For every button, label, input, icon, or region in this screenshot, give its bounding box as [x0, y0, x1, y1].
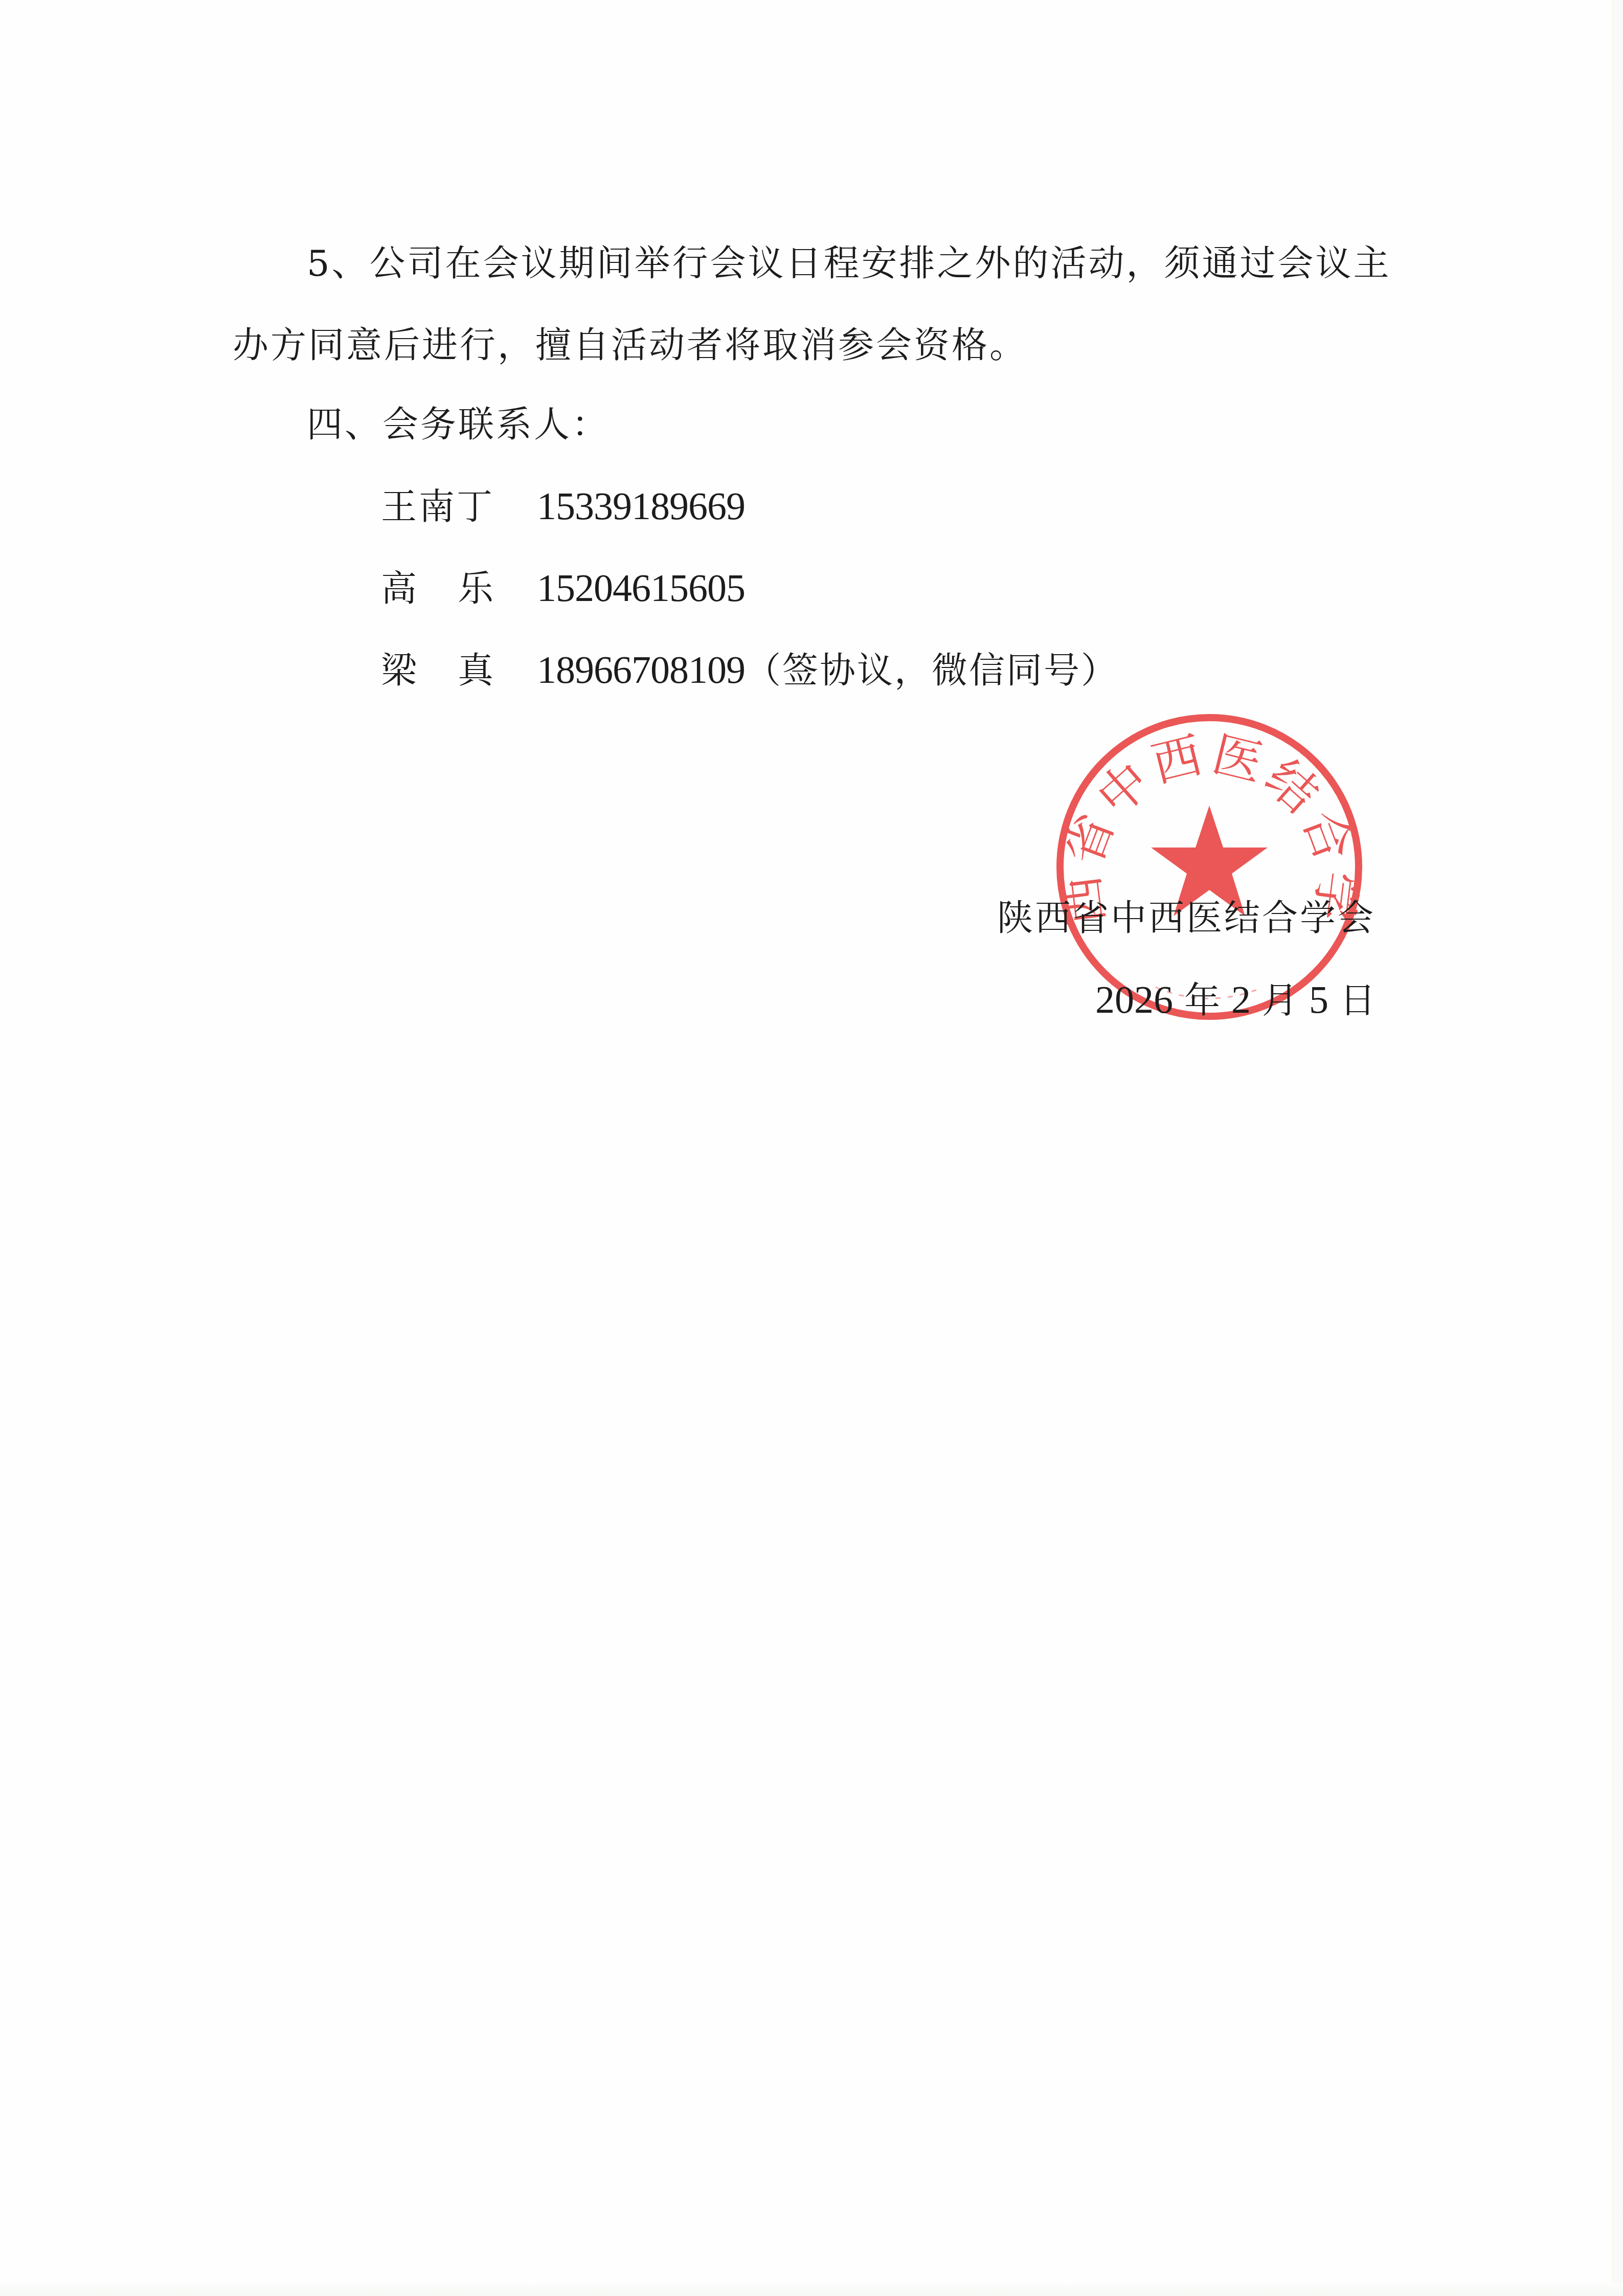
scan-edge-bottom: [0, 2283, 1623, 2296]
contact-row: 梁真18966708109（签协议，微信同号）: [381, 647, 1118, 694]
document-page: 5、公司在会议期间举行会议日程安排之外的活动，须通过会议主 办方同意后进行，擅自…: [0, 0, 1623, 2296]
contact-name: 王南丁: [381, 484, 537, 530]
contact-row: 王南丁15339189669: [381, 483, 745, 530]
signature-organization: 陕西省中西医结合学会: [997, 895, 1376, 941]
date-year-unit: 年: [1184, 979, 1220, 1021]
date-day-unit: 日: [1340, 979, 1376, 1021]
contact-row: 高乐15204615605: [381, 565, 745, 612]
date-month: 2: [1231, 978, 1251, 1021]
contact-phone: 15204615605: [537, 567, 745, 610]
contact-name: 高乐: [381, 566, 537, 612]
contact-note: （签协议，微信同号）: [745, 650, 1118, 692]
paragraph-5-line-1: 5、公司在会议期间举行会议日程安排之外的活动，须通过会议主: [307, 240, 1391, 286]
document-date: 2026年2月5日: [1095, 977, 1376, 1023]
date-year: 2026: [1095, 978, 1173, 1021]
date-month-unit: 月: [1262, 979, 1298, 1021]
contact-phone: 15339189669: [537, 485, 745, 528]
scan-edge-right: [1612, 0, 1623, 2296]
paragraph-5-line-2: 办方同意后进行，擅自活动者将取消参会资格。: [233, 322, 1027, 368]
section-heading-contacts: 四、会务联系人：: [307, 402, 610, 448]
contact-phone: 18966708109: [537, 649, 745, 692]
contact-name: 梁真: [381, 648, 537, 694]
date-day: 5: [1309, 978, 1328, 1021]
